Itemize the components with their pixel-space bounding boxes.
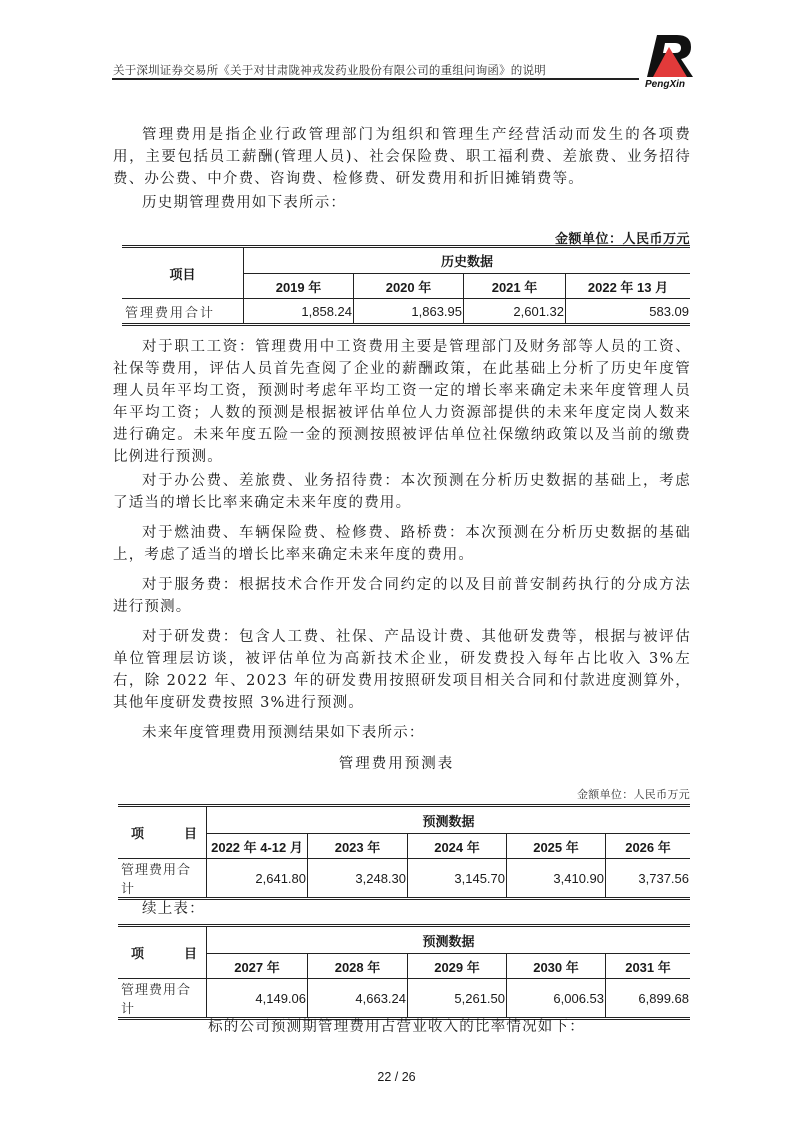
page-number: 22 / 26 (0, 1070, 793, 1084)
col-header-2031: 2031 年 (606, 954, 691, 979)
item-header-left: 项 (131, 943, 144, 962)
item-header-right: 目 (184, 943, 197, 962)
value-2026: 3,737.56 (606, 859, 691, 899)
row-label: 管理费用合计 (122, 299, 244, 325)
col-header-2020: 2020 年 (354, 274, 464, 299)
value-2029: 5,261.50 (408, 979, 507, 1019)
value-2024: 3,145.70 (408, 859, 507, 899)
paragraph-history-intro: 历史期管理费用如下表所示： (113, 192, 691, 214)
value-2022-q1: 583.09 (566, 299, 691, 325)
item-header-right: 目 (184, 823, 197, 842)
value-2023: 3,248.30 (308, 859, 408, 899)
svg-text:PengXin: PengXin (645, 79, 685, 89)
value-2020: 1,863.95 (354, 299, 464, 325)
row-label: 管理费用合计 (118, 859, 207, 899)
col-header-2024: 2024 年 (408, 834, 507, 859)
value-2028: 4,663.24 (308, 979, 408, 1019)
paragraph-forecast-intro: 未来年度管理费用预测结果如下表所示： (113, 722, 691, 744)
group-header-history: 历史数据 (244, 247, 691, 274)
value-2030: 6,006.53 (507, 979, 606, 1019)
value-2021: 2,601.32 (464, 299, 566, 325)
group-header-forecast: 预测数据 (207, 926, 691, 954)
group-header-forecast: 预测数据 (207, 806, 691, 834)
paragraph-office-travel: 对于办公费、差旅费、业务招待费：本次预测在分析历史数据的基础上，考虑了适当的增长… (113, 470, 691, 514)
value-2022-apr-dec: 2,641.80 (207, 859, 308, 899)
forecast-admin-expense-table-2: 项目 预测数据 2027 年 2028 年 2029 年 2030 年 2031… (118, 924, 690, 1020)
col-header-2028: 2028 年 (308, 954, 408, 979)
row-label: 管理费用合计 (118, 979, 207, 1019)
continued-label: 续上表： (113, 898, 691, 920)
paragraph-staff-salary: 对于职工工资：管理费用中工资费用主要是管理部门及财务部等人员的工资、社保等费用，… (113, 336, 691, 468)
value-2019: 1,858.24 (244, 299, 354, 325)
paragraph-admin-expense-definition: 管理费用是指企业行政管理部门为组织和管理生产经营活动而发生的各项费用，主要包括员… (113, 124, 691, 190)
table-row: 管理费用合计 2,641.80 3,248.30 3,145.70 3,410.… (118, 859, 690, 899)
value-2025: 3,410.90 (507, 859, 606, 899)
historical-admin-expense-table: 项目 历史数据 2019 年 2020 年 2021 年 2022 年 13 月… (122, 245, 690, 326)
col-header-2022-apr-dec: 2022 年 4-12 月 (207, 834, 308, 859)
forecast-table-caption: 管理费用预测表 (0, 752, 793, 773)
col-header-2025: 2025 年 (507, 834, 606, 859)
item-header: 项目 (118, 806, 207, 859)
col-header-2023: 2023 年 (308, 834, 408, 859)
table-row: 管理费用合计 4,149.06 4,663.24 5,261.50 6,006.… (118, 979, 690, 1019)
document-header-title: 关于深圳证券交易所《关于对甘肃陇神戎发药业股份有限公司的重组问询函》的说明 (113, 62, 546, 78)
paragraph-fuel-vehicle: 对于燃油费、车辆保险费、检修费、路桥费：本次预测在分析历史数据的基础上，考虑了适… (113, 522, 691, 566)
forecast-admin-expense-table-1: 项目 预测数据 2022 年 4-12 月 2023 年 2024 年 2025… (118, 804, 690, 900)
value-2027: 4,149.06 (207, 979, 308, 1019)
pengxin-logo-icon: PengXin (643, 33, 695, 89)
paragraph-service-fee: 对于服务费：根据技术合作开发合同约定的以及目前普安制药执行的分成方法进行预测。 (113, 574, 691, 618)
item-header-left: 项 (131, 823, 144, 842)
value-2031: 6,899.68 (606, 979, 691, 1019)
col-header-2030: 2030 年 (507, 954, 606, 979)
pengxin-logo: PengXin (643, 33, 695, 89)
col-header-2022-q1: 2022 年 13 月 (566, 274, 691, 299)
unit-label-forecast: 金额单位：人民币万元 (577, 786, 690, 802)
col-header-2019: 2019 年 (244, 274, 354, 299)
table-row: 管理费用合计 1,858.24 1,863.95 2,601.32 583.09 (122, 299, 690, 325)
col-header-2027: 2027 年 (207, 954, 308, 979)
header-rule (112, 78, 639, 80)
col-header-2029: 2029 年 (408, 954, 507, 979)
paragraph-rd-expense: 对于研发费：包含人工费、社保、产品设计费、其他研发费等，根据与被评估单位管理层访… (113, 626, 691, 714)
paragraph-ratio-intro: 标的公司预测期管理费用占营业收入的比率情况如下： (0, 1016, 793, 1038)
col-header-2026: 2026 年 (606, 834, 691, 859)
col-header-2021: 2021 年 (464, 274, 566, 299)
item-header: 项目 (122, 247, 244, 299)
item-header: 项目 (118, 926, 207, 979)
